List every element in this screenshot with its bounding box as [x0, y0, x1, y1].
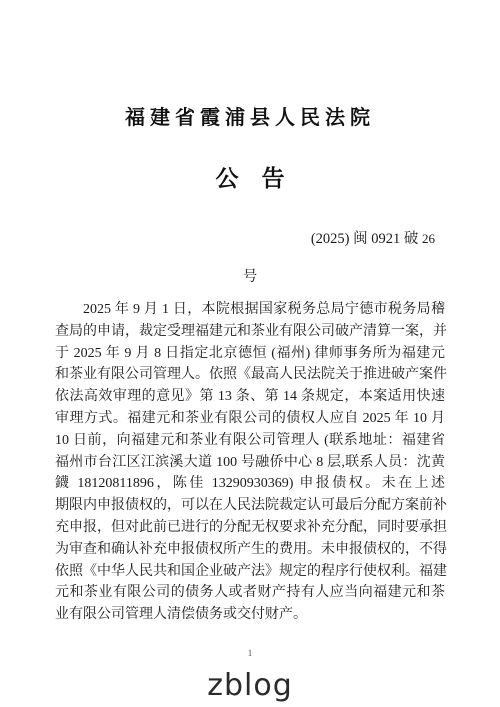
- body-line: 于 2025 年 9 月 8 日指定北京德恒 (福州) 律师事务所为福建元: [55, 343, 445, 365]
- case-number-line2: 号: [55, 265, 445, 286]
- court-name-title: 福建省霞浦县人民法院: [0, 101, 500, 130]
- zblog-watermark: zblog: [0, 668, 500, 703]
- announcement-title: 公 告: [0, 160, 500, 193]
- court-announcement-document: 福建省霞浦县人民法院 公 告 (2025) 闽 0921 破 26 号 2025…: [0, 0, 500, 707]
- case-number-suffix: 26: [422, 231, 435, 246]
- body-line: 期限内申报债权的，可以在人民法院裁定认可最后分配方案前补: [55, 495, 445, 517]
- body-line: 充申报，但对此前已进行的分配无权要求补充分配，同时要承担: [55, 517, 445, 539]
- body-line: 和茶业有限公司管理人。依照《最高人民法院关于推进破产案件: [55, 364, 445, 386]
- body-line: 业有限公司管理人清偿债务或交付财产。: [55, 604, 445, 626]
- body-line: 查局的申请，裁定受理福建元和茶业有限公司破产清算一案，并: [55, 321, 445, 343]
- body-line: 鑖 18120811896，陈佳 13290930369) 申报债权。未在上述: [55, 473, 445, 495]
- body-line: 为审查和确认补充申报债权所产生的费用。未申报债权的，不得: [55, 539, 445, 561]
- case-number-line1: (2025) 闽 0921 破 26: [55, 227, 445, 248]
- body-line: 审理方式。福建元和茶业有限公司的债权人应自 2025 年 10 月: [55, 408, 445, 430]
- case-number: (2025) 闽 0921 破 26 号: [55, 227, 445, 286]
- body-line: 依照《中华人民共和国企业破产法》规定的程序行使权利。福建: [55, 561, 445, 583]
- body-line: 元和茶业有限公司的债务人或者财产持有人应当向福建元和茶: [55, 582, 445, 604]
- body-line: 2025 年 9 月 1 日，本院根据国家税务总局宁德市税务局稽: [55, 299, 445, 321]
- body-line: 10 日前，向福建元和茶业有限公司管理人 (联系地址：福建省: [55, 430, 445, 452]
- body-line: 依法高效审理的意见》第 13 条、第 14 条规定，本案适用快速: [55, 386, 445, 408]
- announcement-body: 2025 年 9 月 1 日，本院根据国家税务总局宁德市税务局稽 查局的申请，裁…: [55, 299, 445, 626]
- body-line: 福州市台江区江滨溪大道 100 号融侨中心 8 层,联系人员：沈黄: [55, 452, 445, 474]
- page-number: 1: [0, 648, 500, 658]
- case-number-main: (2025) 闽 0921 破: [311, 231, 422, 247]
